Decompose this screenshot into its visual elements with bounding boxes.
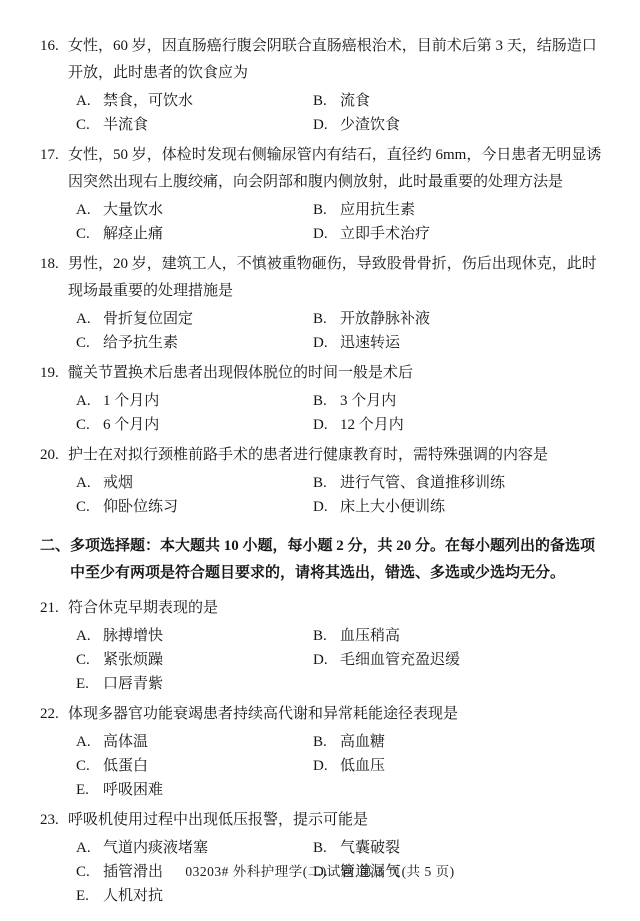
option-e: E. 口唇青紫	[76, 672, 313, 696]
option-text: 禁食，可饮水	[103, 89, 313, 113]
options-list: A. 骨折复位固定 B. 开放静脉补液 C. 给予抗生素 D. 迅速转运	[40, 307, 610, 355]
option-label: B.	[313, 730, 340, 754]
section-instructions: 多项选择题：本大题共 10 小题，每小题 2 分，共 20 分。在每小题列出的备…	[70, 533, 610, 587]
option-a: A. 大量饮水	[76, 198, 313, 222]
option-text: 高血糖	[340, 730, 610, 754]
option-text: 戒烟	[103, 471, 313, 495]
question-stem: 髋关节置换术后患者出现假体脱位的时间一般是术后	[68, 360, 610, 387]
option-text: 高体温	[103, 730, 313, 754]
option-label: B.	[313, 89, 340, 113]
option-label: A.	[76, 624, 103, 648]
option-label: C.	[76, 754, 103, 778]
option-label: B.	[313, 307, 340, 331]
option-d: D. 12 个月内	[313, 413, 610, 437]
option-label: E.	[76, 672, 103, 696]
option-d: D. 低血压	[313, 754, 610, 778]
question-number: 21.	[40, 595, 68, 622]
option-text: 口唇青紫	[103, 672, 313, 696]
option-a: A. 戒烟	[76, 471, 313, 495]
options-list: A. 1 个月内 B. 3 个月内 C. 6 个月内 D. 12 个月内	[40, 389, 610, 437]
option-label: D.	[313, 113, 340, 137]
option-label: A.	[76, 730, 103, 754]
option-b: B. 血压稍高	[313, 624, 610, 648]
question-number: 18.	[40, 251, 68, 305]
option-b: B. 开放静脉补液	[313, 307, 610, 331]
section-heading: 二、 多项选择题：本大题共 10 小题，每小题 2 分，共 20 分。在每小题列…	[40, 533, 610, 587]
option-label: A.	[76, 836, 103, 860]
option-d: D. 少渣饮食	[313, 113, 610, 137]
option-d: D. 迅速转运	[313, 331, 610, 355]
option-label: D.	[313, 495, 340, 519]
option-b: B. 进行气管、食道推移训练	[313, 471, 610, 495]
option-text: 开放静脉补液	[340, 307, 610, 331]
option-text: 低血压	[340, 754, 610, 778]
option-text: 半流食	[103, 113, 313, 137]
option-label: C.	[76, 222, 103, 246]
question-17: 17. 女性，50 岁，体检时发现右侧输尿管内有结石，直径约 6mm，今日患者无…	[40, 142, 610, 246]
option-text: 血压稍高	[340, 624, 610, 648]
options-list: A. 脉搏增快 B. 血压稍高 C. 紧张烦躁 D. 毛细血管充盈迟缓 E. 口…	[40, 624, 610, 696]
option-text: 少渣饮食	[340, 113, 610, 137]
option-label: B.	[313, 624, 340, 648]
section-marker: 二、	[40, 533, 70, 587]
option-text: 12 个月内	[340, 413, 610, 437]
option-text: 床上大小便训练	[340, 495, 610, 519]
option-text: 仰卧位练习	[103, 495, 313, 519]
option-a: A. 骨折复位固定	[76, 307, 313, 331]
option-text: 紧张烦躁	[103, 648, 313, 672]
question-21: 21. 符合休克早期表现的是 A. 脉搏增快 B. 血压稍高 C. 紧张烦躁 D…	[40, 595, 610, 696]
option-label: D.	[313, 222, 340, 246]
question-18: 18. 男性，20 岁，建筑工人，不慎被重物砸伤，导致股骨骨折，伤后出现休克，此…	[40, 251, 610, 355]
question-16: 16. 女性，60 岁，因直肠癌行腹会阴联合直肠癌根治术，目前术后第 3 天，结…	[40, 33, 610, 137]
option-label: D.	[313, 754, 340, 778]
option-label: C.	[76, 648, 103, 672]
question-22: 22. 体现多器官功能衰竭患者持续高代谢和异常耗能途径表现是 A. 高体温 B.…	[40, 701, 610, 802]
question-number: 23.	[40, 807, 68, 834]
page-footer: 03203# 外科护理学(二)试题 第 3 页(共 5 页)	[0, 860, 640, 880]
option-label: C.	[76, 495, 103, 519]
option-a: A. 高体温	[76, 730, 313, 754]
option-d: D. 床上大小便训练	[313, 495, 610, 519]
option-label: C.	[76, 113, 103, 137]
option-a: A. 气道内痰液堵塞	[76, 836, 313, 860]
option-a: A. 脉搏增快	[76, 624, 313, 648]
option-text: 解痉止痛	[103, 222, 313, 246]
option-b: B. 3 个月内	[313, 389, 610, 413]
option-b: B. 气囊破裂	[313, 836, 610, 860]
question-number: 16.	[40, 33, 68, 87]
option-d: D. 毛细血管充盈迟缓	[313, 648, 610, 672]
option-text: 6 个月内	[103, 413, 313, 437]
option-label: B.	[313, 471, 340, 495]
option-label: A.	[76, 389, 103, 413]
question-stem: 男性，20 岁，建筑工人，不慎被重物砸伤，导致股骨骨折，伤后出现休克，此时现场最…	[68, 251, 610, 305]
exam-paper-page: 16. 女性，60 岁，因直肠癌行腹会阴联合直肠癌根治术，目前术后第 3 天，结…	[0, 0, 640, 921]
question-stem: 女性，60 岁，因直肠癌行腹会阴联合直肠癌根治术，目前术后第 3 天，结肠造口开…	[68, 33, 610, 87]
option-c: C. 仰卧位练习	[76, 495, 313, 519]
options-list: A. 戒烟 B. 进行气管、食道推移训练 C. 仰卧位练习 D. 床上大小便训练	[40, 471, 610, 519]
option-label: D.	[313, 413, 340, 437]
option-a: A. 1 个月内	[76, 389, 313, 413]
option-label: D.	[313, 648, 340, 672]
option-text: 低蛋白	[103, 754, 313, 778]
option-text: 进行气管、食道推移训练	[340, 471, 610, 495]
option-d: D. 立即手术治疗	[313, 222, 610, 246]
option-label: B.	[313, 836, 340, 860]
option-label: E.	[76, 778, 103, 802]
option-text: 1 个月内	[103, 389, 313, 413]
option-text: 人机对抗	[103, 884, 313, 908]
question-stem: 女性，50 岁，体检时发现右侧输尿管内有结石，直径约 6mm，今日患者无明显诱因…	[68, 142, 610, 196]
option-b: B. 高血糖	[313, 730, 610, 754]
option-label: B.	[313, 198, 340, 222]
option-text: 流食	[340, 89, 610, 113]
question-20: 20. 护士在对拟行颈椎前路手术的患者进行健康教育时，需特殊强调的内容是 A. …	[40, 442, 610, 519]
question-stem: 护士在对拟行颈椎前路手术的患者进行健康教育时，需特殊强调的内容是	[68, 442, 610, 469]
question-stem: 呼吸机使用过程中出现低压报警，提示可能是	[68, 807, 610, 834]
options-list: A. 高体温 B. 高血糖 C. 低蛋白 D. 低血压 E. 呼吸困难	[40, 730, 610, 802]
option-label: B.	[313, 389, 340, 413]
option-text: 毛细血管充盈迟缓	[340, 648, 610, 672]
option-text: 应用抗生素	[340, 198, 610, 222]
option-label: A.	[76, 307, 103, 331]
option-text: 骨折复位固定	[103, 307, 313, 331]
question-number: 17.	[40, 142, 68, 196]
option-e: E. 人机对抗	[76, 884, 313, 908]
option-text: 气囊破裂	[340, 836, 610, 860]
option-label: A.	[76, 198, 103, 222]
question-number: 22.	[40, 701, 68, 728]
option-text: 立即手术治疗	[340, 222, 610, 246]
option-text: 大量饮水	[103, 198, 313, 222]
option-b: B. 应用抗生素	[313, 198, 610, 222]
option-label: A.	[76, 471, 103, 495]
option-c: C. 半流食	[76, 113, 313, 137]
question-stem: 体现多器官功能衰竭患者持续高代谢和异常耗能途径表现是	[68, 701, 610, 728]
option-c: C. 低蛋白	[76, 754, 313, 778]
question-number: 20.	[40, 442, 68, 469]
question-number: 19.	[40, 360, 68, 387]
options-list: A. 禁食，可饮水 B. 流食 C. 半流食 D. 少渣饮食	[40, 89, 610, 137]
question-23: 23. 呼吸机使用过程中出现低压报警，提示可能是 A. 气道内痰液堵塞 B. 气…	[40, 807, 610, 908]
option-b: B. 流食	[313, 89, 610, 113]
option-c: C. 紧张烦躁	[76, 648, 313, 672]
options-list: A. 大量饮水 B. 应用抗生素 C. 解痉止痛 D. 立即手术治疗	[40, 198, 610, 246]
option-label: A.	[76, 89, 103, 113]
option-text: 呼吸困难	[103, 778, 313, 802]
option-a: A. 禁食，可饮水	[76, 89, 313, 113]
option-label: D.	[313, 331, 340, 355]
option-text: 给予抗生素	[103, 331, 313, 355]
option-c: C. 给予抗生素	[76, 331, 313, 355]
option-text: 3 个月内	[340, 389, 610, 413]
question-19: 19. 髋关节置换术后患者出现假体脱位的时间一般是术后 A. 1 个月内 B. …	[40, 360, 610, 437]
option-label: C.	[76, 413, 103, 437]
option-text: 迅速转运	[340, 331, 610, 355]
option-c: C. 解痉止痛	[76, 222, 313, 246]
question-stem: 符合休克早期表现的是	[68, 595, 610, 622]
option-text: 气道内痰液堵塞	[103, 836, 313, 860]
option-text: 脉搏增快	[103, 624, 313, 648]
option-label: E.	[76, 884, 103, 908]
option-label: C.	[76, 331, 103, 355]
option-e: E. 呼吸困难	[76, 778, 313, 802]
option-c: C. 6 个月内	[76, 413, 313, 437]
